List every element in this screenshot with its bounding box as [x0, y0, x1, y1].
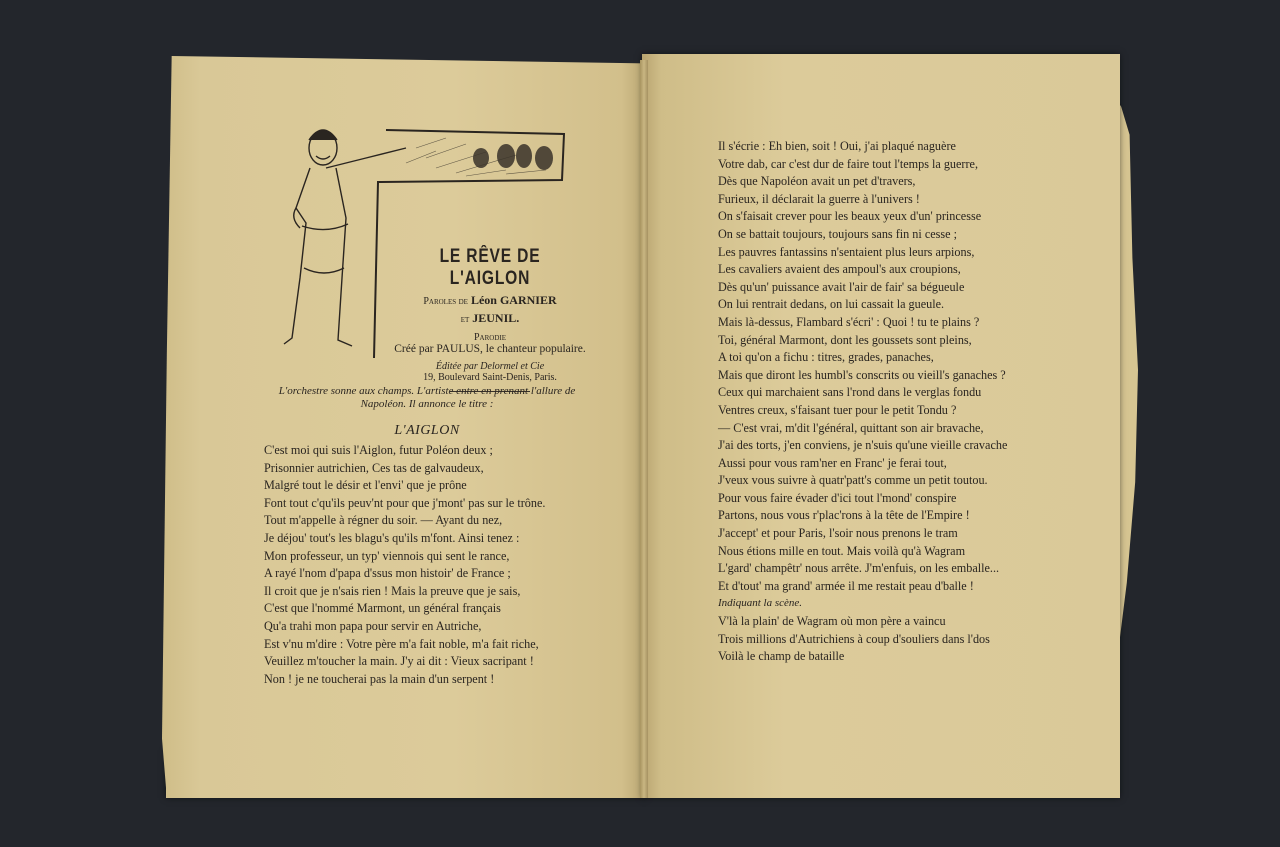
verse-line: Tout m'appelle à régner du soir. — Ayant…	[264, 512, 545, 530]
title-block: LE RÊVE DE L'AIGLON Paroles de Léon GARN…	[380, 246, 600, 392]
stage-direction-intro: L'orchestre sonne aux champs. L'artiste …	[262, 385, 592, 411]
verse-line: On s'faisait crever pour les beaux yeux …	[718, 208, 1007, 226]
genre-label: Parodie	[380, 332, 600, 343]
verse-line: Partons, nous vous r'plac'rons à la tête…	[718, 507, 1007, 525]
verse-line: Toi, général Marmont, dont les goussets …	[718, 332, 1007, 350]
verse-line: Nous étions mille en tout. Mais voilà qu…	[718, 543, 1007, 561]
verse-line: Voilà le champ de bataille	[718, 648, 1007, 666]
verse-line: J'accept' et pour Paris, l'soir nous pre…	[718, 525, 1007, 543]
authors-line-2: et JEUNIL.	[380, 311, 600, 326]
verse-line: On se battait toujours, toujours sans fi…	[718, 226, 1007, 244]
verse-line: On lui rentrait dedans, on lui cassait l…	[718, 296, 1007, 314]
book-spine	[640, 60, 648, 798]
verse-line: C'est moi qui suis l'Aiglon, futur Poléo…	[264, 442, 545, 460]
verse-line: Votre dab, car c'est dur de faire tout l…	[718, 156, 1007, 174]
verse-line: — C'est vrai, m'dit l'général, quittant …	[718, 420, 1007, 438]
verse-line: J'veux vous suivre à quatr'patt's comme …	[718, 472, 1007, 490]
verse-line: Mais que diront les humbl's conscrits ou…	[718, 367, 1007, 385]
verse-line: Les pauvres fantassins n'sentaient plus …	[718, 244, 1007, 262]
verse-line: Furieux, il déclarait la guerre à l'univ…	[718, 191, 1007, 209]
verse-line: Font tout c'qu'ils peuv'nt pour que j'mo…	[264, 495, 545, 513]
verse-line: Veuillez m'toucher la main. J'y ai dit :…	[264, 653, 545, 671]
verse-line: Non ! je ne toucherai pas la main d'un s…	[264, 671, 545, 689]
left-verses: C'est moi qui suis l'Aiglon, futur Poléo…	[264, 442, 545, 688]
song-subtitle: L'AIGLON	[262, 423, 592, 439]
verse-line: Dès qu'un' puissance avait l'air de fair…	[718, 279, 1007, 297]
verse-line: C'est que l'nommé Marmont, un général fr…	[264, 600, 545, 618]
verse-line: Aussi pour vous ram'ner en Franc' je fer…	[718, 455, 1007, 473]
verse-line: Je déjou' tout's les blagu's qu'ils m'fo…	[264, 530, 545, 548]
author-join: et	[461, 314, 470, 325]
publisher-address: 19, Boulevard Saint-Denis, Paris.	[380, 372, 600, 383]
verse-line: Malgré tout le désir et l'envi' que je p…	[264, 477, 545, 495]
author-garnier: Léon GARNIER	[471, 293, 557, 307]
verse-line: A rayé l'nom d'papa d'ssus mon histoir' …	[264, 565, 545, 583]
verse-line: Pour vous faire évader d'ici tout l'mond…	[718, 490, 1007, 508]
verse-line: Est v'nu m'dire : Votre père m'a fait no…	[264, 636, 545, 654]
verse-line: L'gard' champêtr' nous arrête. J'm'enfui…	[718, 560, 1007, 578]
verse-line: Mon professeur, un typ' viennois qui sen…	[264, 548, 545, 566]
verse-line: Ventres creux, s'faisant tuer pour le pe…	[718, 402, 1007, 420]
song-main-title: LE RÊVE DE L'AIGLON	[400, 246, 580, 290]
authors-line: Paroles de Léon GARNIER	[380, 293, 600, 308]
author-jeunil: JEUNIL.	[472, 311, 519, 325]
verse-line: Dès que Napoléon avait un pet d'travers,	[718, 173, 1007, 191]
publisher: Éditée par Delormel et Cie	[380, 361, 600, 372]
verse-line: Trois millions d'Autrichiens à coup d'so…	[718, 631, 1007, 649]
created-by: Créé par PAULUS, le chanteur populaire.	[380, 343, 600, 355]
verse-line: Ceux qui marchaient sans l'rond dans le …	[718, 384, 1007, 402]
verse-line: Prisonnier autrichien, Ces tas de galvau…	[264, 460, 545, 478]
right-verses: Il s'écrie : Eh bien, soit ! Oui, j'ai p…	[718, 138, 1007, 666]
verse-line: J'ai des torts, j'en conviens, je n'suis…	[718, 437, 1007, 455]
stage-direction: Indiquant la scène.	[718, 595, 1007, 613]
verse-line: Il s'écrie : Eh bien, soit ! Oui, j'ai p…	[718, 138, 1007, 156]
paroles-label: Paroles de	[423, 296, 468, 307]
verse-line: A toi qu'on a fichu : titres, grades, pa…	[718, 349, 1007, 367]
verse-line: Mais là-dessus, Flambard s'écri' : Quoi …	[718, 314, 1007, 332]
verse-line: Il croit que je n'sais rien ! Mais la pr…	[264, 583, 545, 601]
verse-line: Les cavaliers avaient des ampoul's aux c…	[718, 261, 1007, 279]
verse-line: V'là la plain' de Wagram où mon père a v…	[718, 613, 1007, 631]
verse-line: Qu'a trahi mon papa pour servir en Autri…	[264, 618, 545, 636]
verse-line: Et d'tout' ma grand' armée il me restait…	[718, 578, 1007, 596]
